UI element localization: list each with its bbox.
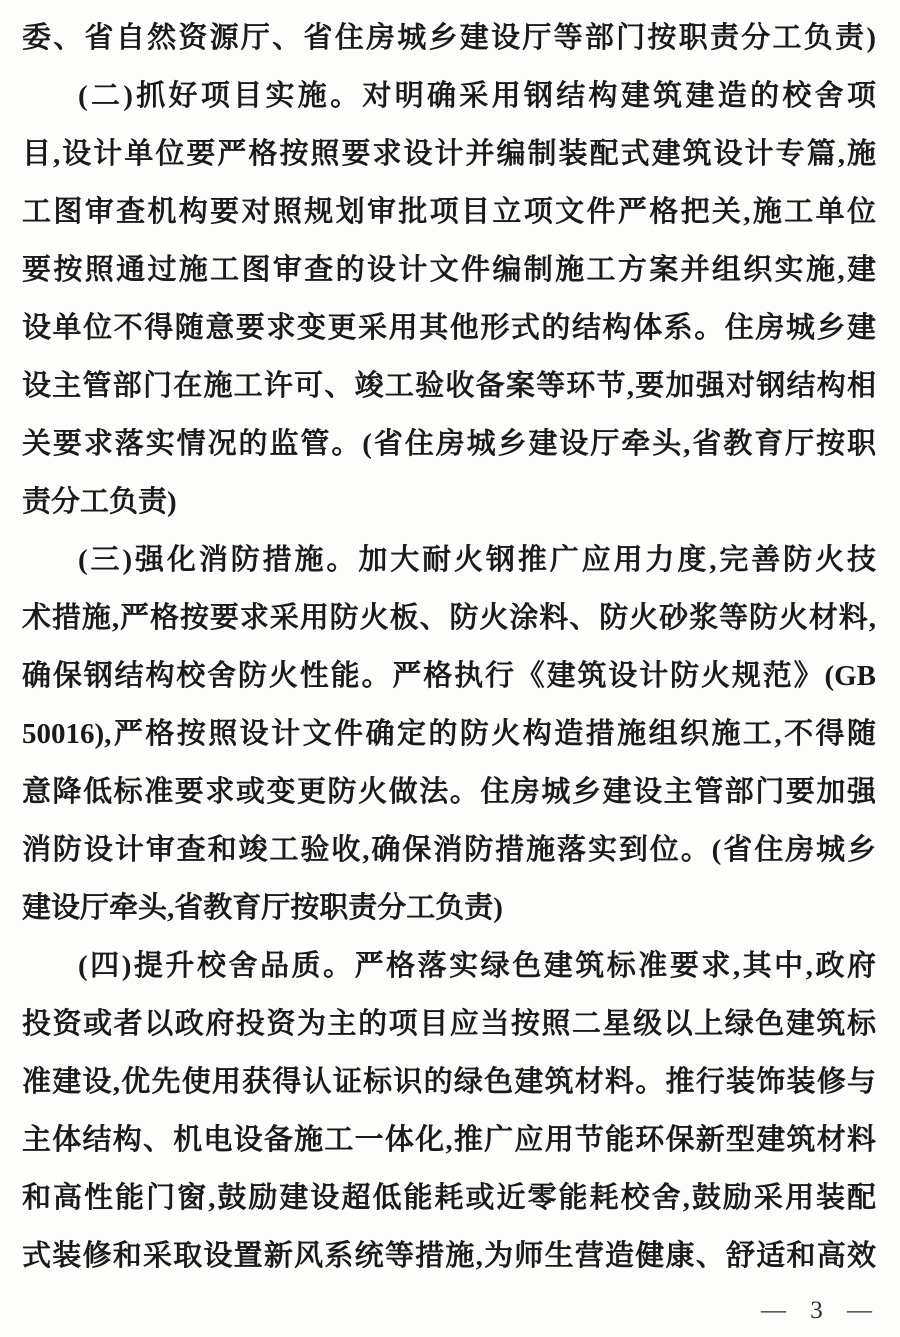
text-line: 关要求落实情况的监管。(省住房城乡建设厅牵头,省教育厅按职: [22, 415, 876, 473]
text-line: 意降低标准要求或变更防火做法。住房城乡建设主管部门要加强: [22, 763, 876, 821]
scanned-document-page: 委、省自然资源厅、省住房城乡建设厅等部门按职责分工负责)(二)抓好项目实施。对明…: [0, 0, 900, 1337]
text-line: (四)提升校舍品质。严格落实绿色建筑标准要求,其中,政府: [22, 937, 876, 995]
text-line: 确保钢结构校舍防火性能。严格执行《建筑设计防火规范》(GB: [22, 647, 876, 705]
text-line: 责分工负责): [22, 473, 876, 531]
text-line: 目,设计单位要严格按照要求设计并编制装配式建筑设计专篇,施: [22, 125, 876, 183]
text-line: 建设厅牵头,省教育厅按职责分工负责): [22, 879, 876, 937]
text-line: 设主管部门在施工许可、竣工验收备案等环节,要加强对钢结构相: [22, 357, 876, 415]
text-line: 术措施,严格按要求采用防火板、防火涂料、防火砂浆等防火材料,: [22, 589, 876, 647]
text-line: 式装修和采取设置新风系统等措施,为师生营造健康、舒适和高效: [22, 1227, 876, 1285]
text-line: 和高性能门窗,鼓励建设超低能耗或近零能耗校舍,鼓励采用装配: [22, 1169, 876, 1227]
text-line: (三)强化消防措施。加大耐火钢推广应用力度,完善防火技: [22, 531, 876, 589]
text-line: 设单位不得随意要求变更采用其他形式的结构体系。住房城乡建: [22, 299, 876, 357]
text-line: 50016),严格按照设计文件确定的防火构造措施组织施工,不得随: [22, 705, 876, 763]
text-line: 委、省自然资源厅、省住房城乡建设厅等部门按职责分工负责): [22, 9, 876, 67]
text-line: 消防设计审查和竣工验收,确保消防措施落实到位。(省住房城乡: [22, 821, 876, 879]
text-line: 工图审查机构要对照规划审批项目立项文件严格把关,施工单位: [22, 183, 876, 241]
text-line: 要按照通过施工图审查的设计文件编制施工方案并组织实施,建: [22, 241, 876, 299]
text-line: 准建设,优先使用获得认证标识的绿色建筑材料。推行装饰装修与: [22, 1053, 876, 1111]
text-line: (二)抓好项目实施。对明确采用钢结构建筑建造的校舍项: [22, 67, 876, 125]
page-number: — 3 —: [761, 1297, 874, 1325]
text-line: 投资或者以政府投资为主的项目应当按照二星级以上绿色建筑标: [22, 995, 876, 1053]
text-line: 主体结构、机电设备施工一体化,推广应用节能环保新型建筑材料: [22, 1111, 876, 1169]
document-body: 委、省自然资源厅、省住房城乡建设厅等部门按职责分工负责)(二)抓好项目实施。对明…: [22, 9, 876, 1285]
